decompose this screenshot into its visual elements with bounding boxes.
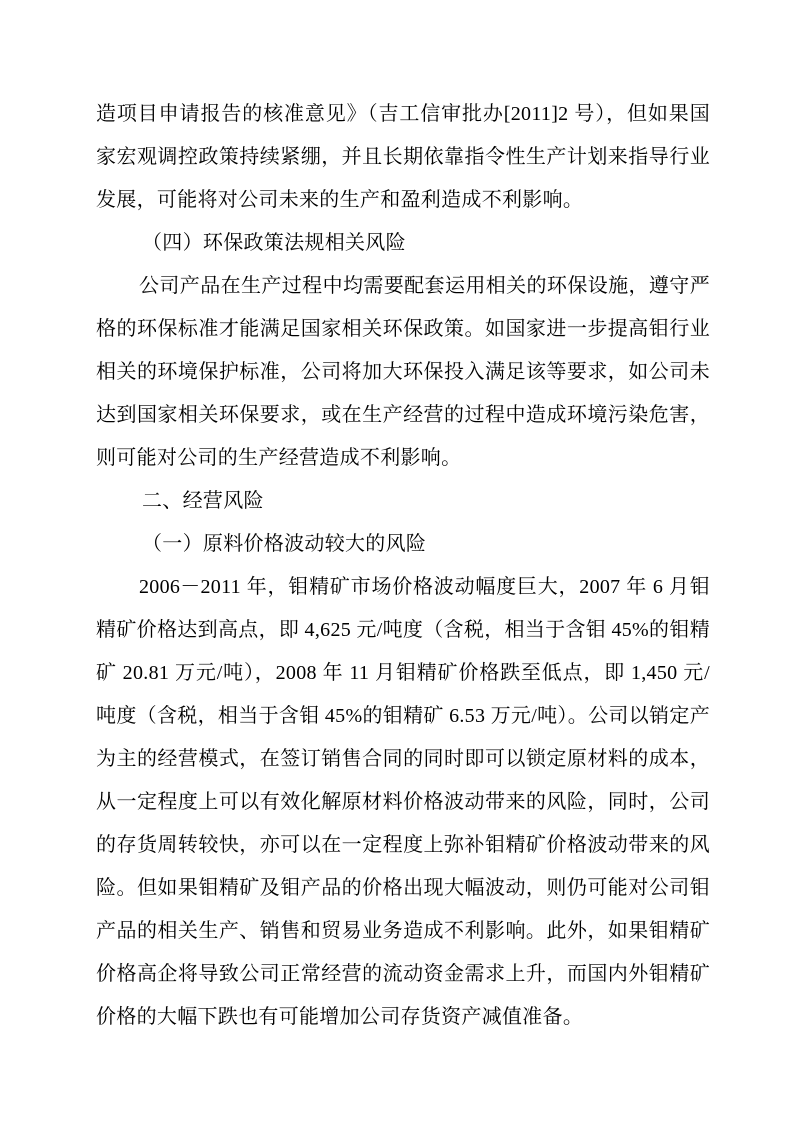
document-page: 造项目申请报告的核准意见》（吉工信审批办[2011]2 号），但如果国家宏观调控… <box>0 0 794 1123</box>
paragraph-raw-material-price-risk-body: 2006－2011 年，钼精矿市场价格波动幅度巨大，2007 年 6 月钼精矿价… <box>96 566 710 1039</box>
heading-chapter-2-operating-risk: 二、经营风险 <box>96 480 710 523</box>
heading-section-1-raw-material-price-risk: （一）原料价格波动较大的风险 <box>96 523 710 566</box>
paragraph-environmental-risk-body: 公司产品在生产过程中均需要配套运用相关的环保设施，遵守严格的环保标准才能满足国家… <box>96 265 710 480</box>
paragraph-policy-risk-continuation: 造项目申请报告的核准意见》（吉工信审批办[2011]2 号），但如果国家宏观调控… <box>96 93 710 222</box>
heading-section-4-environmental-policy-risk: （四）环保政策法规相关风险 <box>96 222 710 265</box>
